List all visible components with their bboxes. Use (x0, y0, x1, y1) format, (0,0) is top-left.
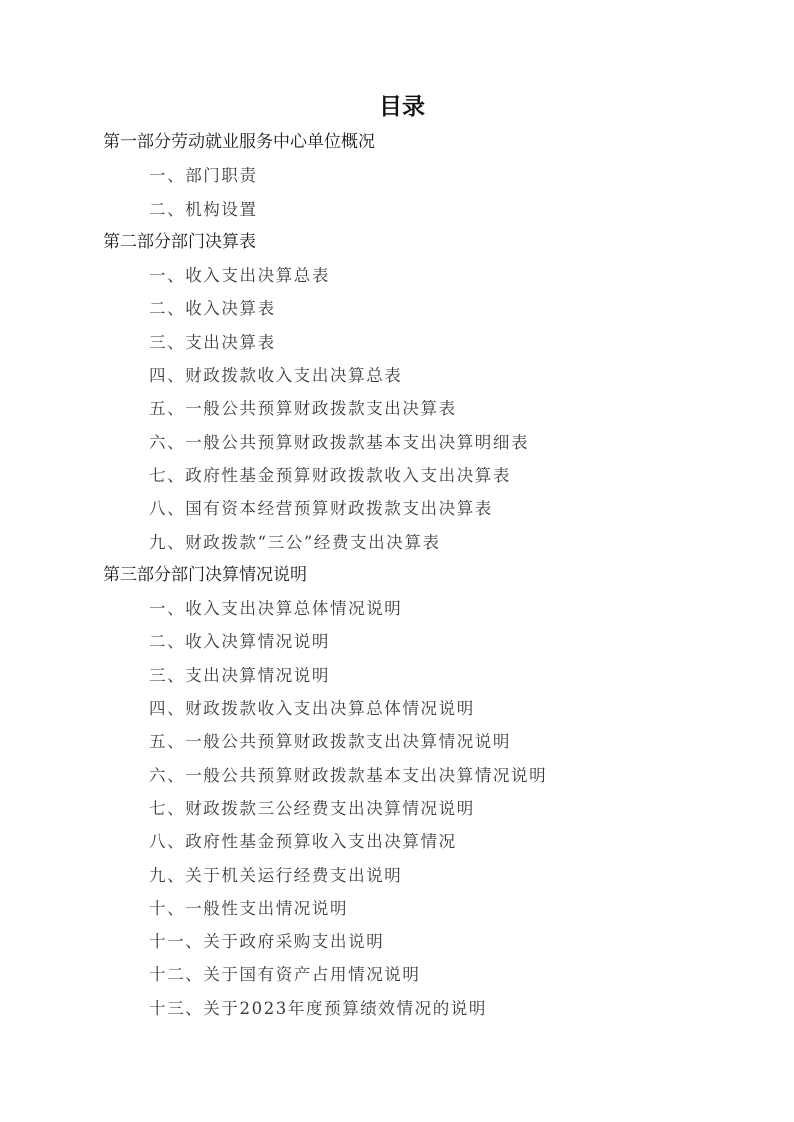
toc-item[interactable]: 十三、关于2023年度预算绩效情况的说明 (0, 992, 794, 1025)
toc-item[interactable]: 九、关于机关运行经费支出说明 (0, 859, 794, 892)
toc-item[interactable]: 四、财政拨款收入支出决算总表 (0, 359, 794, 392)
toc-item[interactable]: 七、财政拨款三公经费支出决算情况说明 (0, 792, 794, 825)
toc-item[interactable]: 五、一般公共预算财政拨款支出决算表 (0, 392, 794, 425)
table-of-contents: 第一部分劳动就业服务中心单位概况 一、部门职责 二、机构设置 第二部分部门决算表… (0, 126, 794, 1025)
toc-item[interactable]: 五、一般公共预算财政拨款支出决算情况说明 (0, 725, 794, 758)
toc-item[interactable]: 三、支出决算表 (0, 326, 794, 359)
toc-item[interactable]: 一、部门职责 (0, 159, 794, 192)
toc-item[interactable]: 一、收入支出决算总体情况说明 (0, 592, 794, 625)
toc-item[interactable]: 二、收入决算情况说明 (0, 625, 794, 658)
toc-item[interactable]: 二、机构设置 (0, 193, 794, 226)
toc-item[interactable]: 二、收入决算表 (0, 292, 794, 325)
toc-item[interactable]: 一、收入支出决算总表 (0, 259, 794, 292)
toc-item[interactable]: 六、一般公共预算财政拨款基本支出决算明细表 (0, 426, 794, 459)
toc-item[interactable]: 八、政府性基金预算收入支出决算情况 (0, 825, 794, 858)
document-page: 目录 第一部分劳动就业服务中心单位概况 一、部门职责 二、机构设置 第二部分部门… (0, 0, 794, 1122)
toc-part-heading[interactable]: 第三部分部门决算情况说明 (0, 559, 794, 592)
toc-item[interactable]: 六、一般公共预算财政拨款基本支出决算情况说明 (0, 759, 794, 792)
toc-item[interactable]: 八、国有资本经营预算财政拨款支出决算表 (0, 492, 794, 525)
toc-item[interactable]: 三、支出决算情况说明 (0, 659, 794, 692)
toc-item[interactable]: 七、政府性基金预算财政拨款收入支出决算表 (0, 459, 794, 492)
toc-title: 目录 (0, 92, 794, 122)
toc-part-heading[interactable]: 第二部分部门决算表 (0, 226, 794, 259)
toc-item[interactable]: 十二、关于国有资产占用情况说明 (0, 958, 794, 991)
toc-item[interactable]: 九、财政拨款“三公”经费支出决算表 (0, 526, 794, 559)
toc-item[interactable]: 四、财政拨款收入支出决算总体情况说明 (0, 692, 794, 725)
toc-part-heading[interactable]: 第一部分劳动就业服务中心单位概况 (0, 126, 794, 159)
toc-item[interactable]: 十、一般性支出情况说明 (0, 892, 794, 925)
toc-item[interactable]: 十一、关于政府采购支出说明 (0, 925, 794, 958)
